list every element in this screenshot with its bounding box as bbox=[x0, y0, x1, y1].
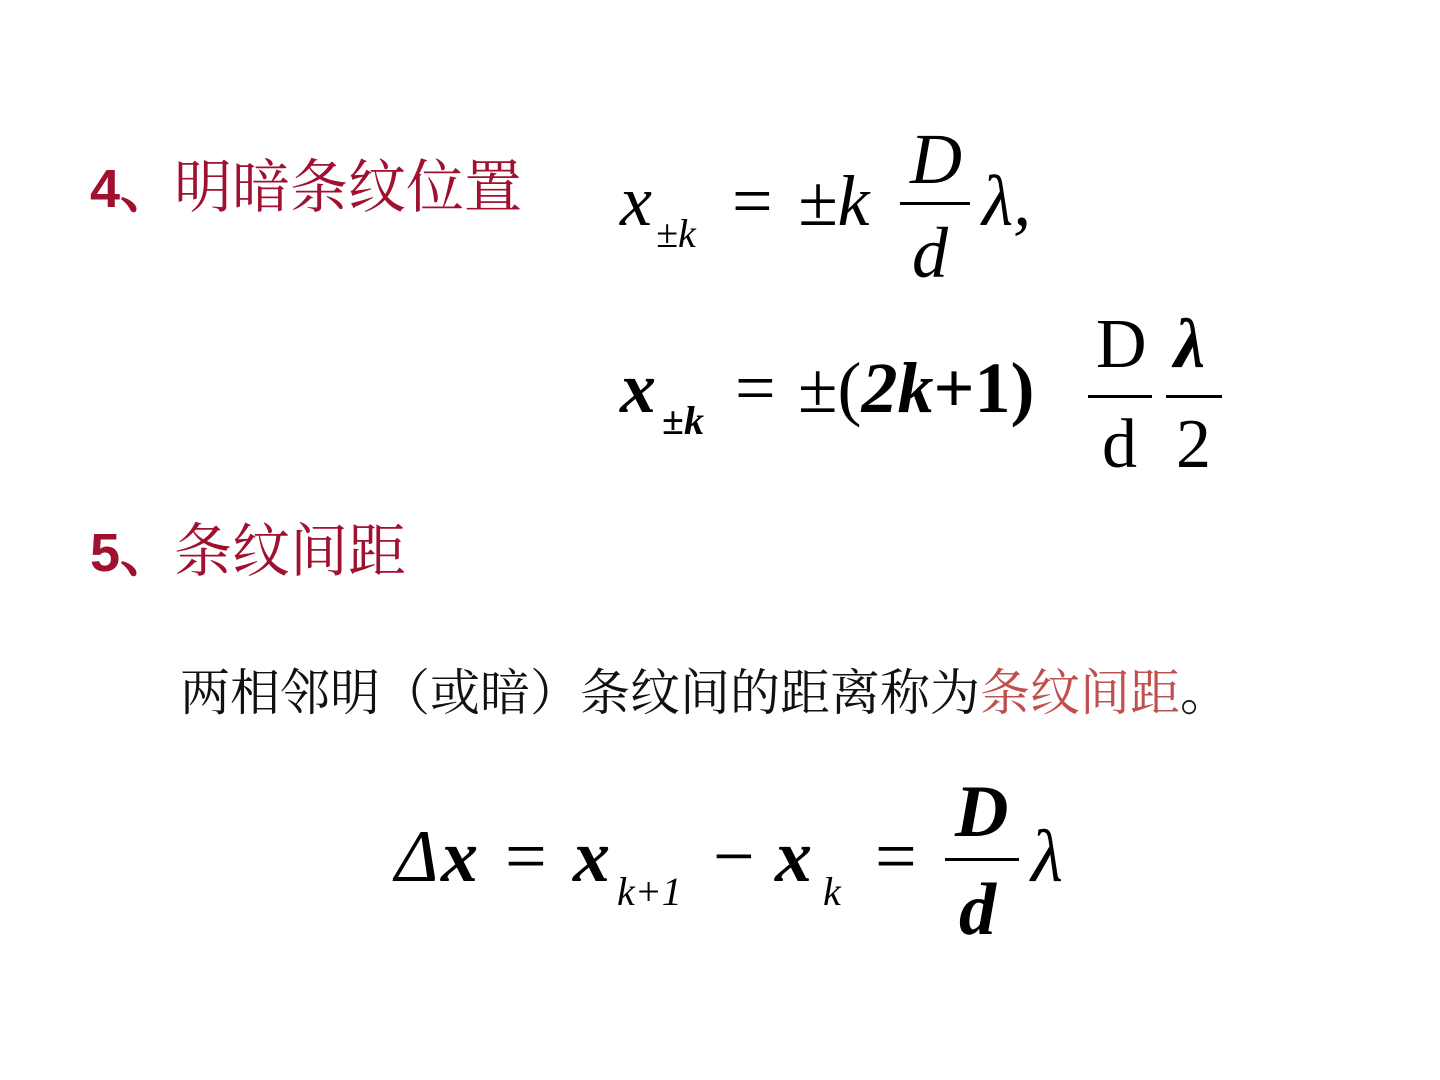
fraction-bar bbox=[900, 202, 970, 205]
section-4-number: 4、 bbox=[90, 159, 174, 219]
coef-plus1: +1) bbox=[934, 348, 1035, 428]
fraction-numerator: λ bbox=[1174, 305, 1205, 385]
fraction-denominator: d bbox=[959, 868, 996, 953]
formula-minus: − bbox=[713, 815, 755, 900]
formula-spacing-lhs: x bbox=[441, 815, 478, 900]
formula-bright-fraction: D d bbox=[900, 120, 970, 300]
section-4-heading: 4、明暗条纹位置 bbox=[90, 158, 522, 216]
formula-term-1-sub: k+1 bbox=[617, 868, 682, 915]
fraction-numerator: D bbox=[955, 770, 1008, 855]
formula-bright-coef: ±k bbox=[798, 160, 869, 243]
formula-delta: Δ bbox=[395, 815, 438, 900]
section-4-title: 明暗条纹位置 bbox=[174, 153, 522, 221]
formula-bright-lhs: x bbox=[620, 160, 652, 243]
formula-term-2-sub: k bbox=[823, 868, 841, 915]
definition-period: 。 bbox=[1180, 664, 1230, 722]
formula-dark-lhs-sub: ±k bbox=[662, 397, 704, 444]
fraction-numerator: D bbox=[1096, 305, 1147, 385]
formula-dark-coef: ±(2k+1) bbox=[798, 347, 1035, 430]
fraction-denominator: 2 bbox=[1176, 405, 1211, 485]
formula-spacing-lambda: λ bbox=[1031, 815, 1063, 900]
formula-term-2: x bbox=[775, 815, 812, 900]
formula-spacing-equals-1: = bbox=[505, 815, 547, 900]
fraction-denominator: d bbox=[1102, 405, 1137, 485]
coef-pm: ±( bbox=[798, 348, 862, 428]
formula-bright-equals: = bbox=[732, 160, 773, 243]
formula-term-1: x bbox=[573, 815, 610, 900]
fringe-spacing-definition: 两相邻明（或暗）条纹间的距离称为条纹间距。 bbox=[180, 668, 1230, 718]
formula-bright-lhs-sub: ±k bbox=[656, 210, 696, 257]
fraction-bar bbox=[1088, 395, 1152, 398]
formula-dark-equals: = bbox=[735, 347, 776, 430]
section-5-title: 条纹间距 bbox=[174, 517, 406, 585]
definition-highlight: 条纹间距 bbox=[980, 664, 1180, 722]
definition-text: 两相邻明（或暗）条纹间的距离称为 bbox=[180, 664, 980, 722]
formula-dark-lhs: x bbox=[620, 347, 656, 430]
section-5-heading: 5、条纹间距 bbox=[90, 522, 406, 580]
section-5-number: 5、 bbox=[90, 523, 174, 583]
coef-2k: 2k bbox=[862, 348, 934, 428]
fraction-numerator: D bbox=[910, 118, 962, 201]
formula-spacing-equals-2: = bbox=[875, 815, 917, 900]
formula-dark-fraction-2: λ 2 bbox=[1166, 305, 1222, 490]
fraction-denominator: d bbox=[912, 212, 948, 295]
formula-dark-fraction-1: D d bbox=[1088, 305, 1152, 490]
formula-bright-tail: λ, bbox=[982, 160, 1031, 243]
formula-dark-fringe: x ±k = ±(2k+1) D d λ 2 bbox=[620, 305, 1240, 490]
formula-bright-fringe: x ±k = ±k D d λ, bbox=[620, 120, 1070, 300]
fraction-bar bbox=[1166, 395, 1222, 398]
formula-fringe-spacing: Δ x = x k+1 − x k = D d λ bbox=[395, 770, 1095, 960]
formula-spacing-fraction: D d bbox=[945, 770, 1019, 960]
fraction-bar bbox=[945, 858, 1019, 861]
